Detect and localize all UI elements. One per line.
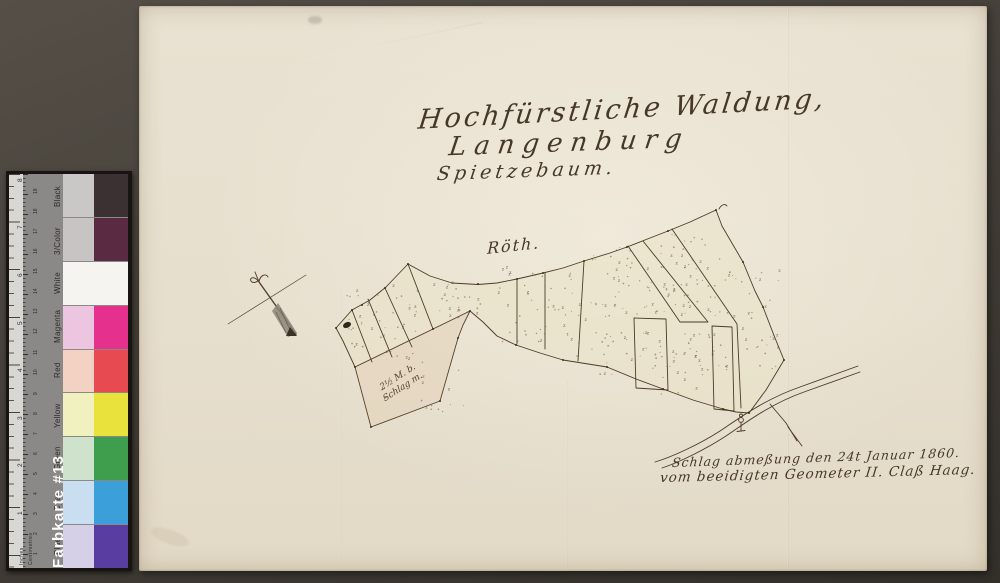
- road-fork: [770, 404, 797, 441]
- svg-text:z: z: [506, 265, 509, 270]
- tree-icon: [737, 414, 745, 432]
- svg-text:z: z: [356, 289, 359, 294]
- swatch-tint: [63, 218, 94, 261]
- svg-text:z: z: [502, 267, 505, 272]
- swatch-tint: [63, 481, 94, 524]
- color-swatch-row: [63, 350, 128, 394]
- swatch-tint: [63, 174, 94, 217]
- inch-number: 3: [17, 416, 24, 420]
- inches-unit-label: Inches: [19, 547, 25, 565]
- swatch-tint: [63, 437, 94, 480]
- inch-number: 4: [17, 369, 24, 373]
- swatch-chip: [94, 174, 128, 217]
- inch-number: 2: [17, 464, 24, 468]
- svg-text:z: z: [604, 372, 607, 377]
- inch-number: 8: [17, 178, 24, 182]
- color-calibration-card: Black3/ColorWhiteMagentaRedYellowGreenCy…: [6, 171, 132, 571]
- swatch-chip: [94, 218, 128, 261]
- cm-number: 14: [33, 289, 39, 295]
- card-rows: [63, 174, 128, 568]
- cm-number: 12: [33, 329, 39, 335]
- inch-number: 6: [17, 273, 24, 277]
- swatch-chip: [94, 350, 128, 393]
- swatch-tint: [63, 525, 94, 568]
- swatch-label: Black: [53, 186, 62, 207]
- cm-number: 10: [33, 369, 39, 375]
- cm-number: 1: [33, 552, 39, 555]
- card-title: Farbkarte #13: [50, 390, 67, 568]
- swatch-label: 3/Color: [53, 227, 62, 255]
- inch-number: 1: [17, 511, 24, 515]
- color-swatch-row: [63, 262, 128, 306]
- svg-text:z: z: [764, 305, 767, 310]
- road-fork: [788, 427, 802, 446]
- cm-number: 19: [33, 189, 39, 195]
- inch-number: 5: [17, 321, 24, 325]
- cm-number: 9: [33, 392, 39, 395]
- swatch-label: Magenta: [53, 309, 62, 342]
- swatch-tint: [63, 350, 94, 393]
- cm-number: 4: [33, 492, 39, 495]
- cm-number: 16: [33, 249, 39, 255]
- color-swatch-row: [63, 306, 128, 350]
- cm-number: 15: [33, 269, 39, 275]
- cm-number: 11: [33, 349, 39, 354]
- north-arrow-icon: [228, 272, 306, 337]
- swatch-chip: [94, 306, 128, 349]
- cm-number: 5: [33, 472, 39, 475]
- swatch-tint: [63, 262, 94, 305]
- scanned-archive-image: zzzzzzzzzzzzzzzzzzzzzzzzzzzzzzzzzzzzzzzz…: [0, 0, 1000, 583]
- color-swatch-row: [63, 218, 128, 262]
- swatch-label: White: [53, 272, 62, 294]
- swatch-chip: [94, 393, 128, 436]
- centimetres-unit-label: Centimetres: [28, 533, 34, 565]
- boundary-flourish-icon: [719, 205, 727, 209]
- swatch-chip: [94, 437, 128, 480]
- forest-map-drawing: zzzzzzzzzzzzzzzzzzzzzzzzzzzzzzzzzzzzzzzz…: [0, 0, 1000, 583]
- svg-text:z: z: [776, 333, 779, 338]
- cm-number: 7: [33, 432, 39, 435]
- svg-text:z: z: [448, 387, 451, 392]
- color-swatch-row: [63, 481, 128, 525]
- cm-number: 6: [33, 452, 39, 455]
- color-swatch-row: [63, 525, 128, 568]
- cm-number: 2: [33, 532, 39, 535]
- cm-number: 18: [33, 209, 39, 215]
- cm-number: 13: [33, 309, 39, 315]
- svg-text:z: z: [425, 406, 428, 411]
- cm-number: 8: [33, 412, 39, 415]
- swatch-chip: [94, 481, 128, 524]
- color-swatch-row: [63, 393, 128, 437]
- swatch-label: Red: [53, 362, 62, 378]
- swatch-tint: [63, 306, 94, 349]
- swatch-tint: [63, 393, 94, 436]
- swatch-chip: [94, 525, 128, 568]
- color-swatch-row: [63, 437, 128, 481]
- swatch-chip: [94, 262, 128, 305]
- inch-number: 7: [17, 226, 24, 230]
- cm-number: 17: [33, 229, 39, 235]
- svg-text:z: z: [778, 269, 781, 274]
- color-swatch-row: [63, 174, 128, 218]
- svg-text:z: z: [759, 278, 762, 283]
- cm-number: 3: [33, 512, 39, 515]
